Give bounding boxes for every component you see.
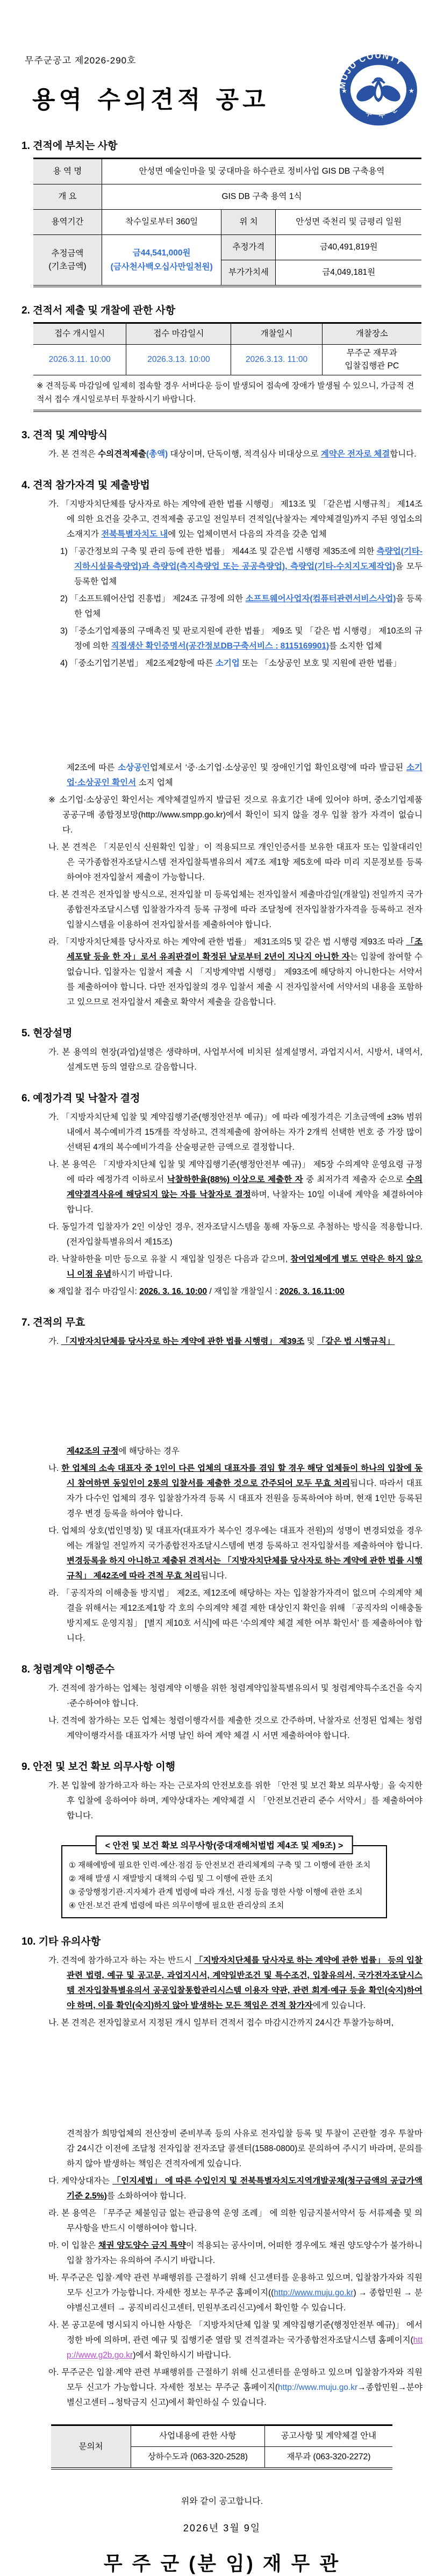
text-segment: 「지방자치단체를 당사자로 하는 계약에 관한 법률 시행령」 제39조 (61, 1337, 305, 1346)
clause-10-a: 아. 무주군은 입찰·계약 관련 부패행위를 근절하기 위해 신고센터를 운영하… (48, 2365, 422, 2410)
text-segment: 사. 본 공고문에 명시되지 아니한 사항은 「지방자치단체 입찰 및 계약집행… (48, 2321, 422, 2345)
text-segment: 1) 「공간정보의 구축 및 관리 등에 관한 법률」 제44조 및 같은법 시… (60, 547, 377, 556)
text-segment: 소기업 (216, 659, 240, 668)
text-segment: (총액) (146, 450, 168, 459)
document-root: { "header": { "notice_no": "무주군공고 제2026-… (0, 0, 444, 2576)
text-segment: 마. 이 입찰은 (48, 2241, 98, 2250)
service-name-value: 안성면 예술인마을 및 궁대마을 하수관로 정비사업 GIS DB 구축용역 (102, 159, 421, 184)
text-segment: ※ 재입찰 접수 마감일시: (48, 1287, 139, 1296)
service-name-label: 용 역 명 (33, 159, 102, 184)
clause-4-note: ※ 소기업·소상공인 확인서는 계약체결일까지 발급된 것으로 유효기간 내에 … (48, 793, 422, 838)
text-segment: 다. 동일가격 입찰자가 2인 이상인 경우, 전자조달시스템을 통해 자동으로… (48, 1222, 422, 1247)
opening-place-line1: 무주군 재무과 (327, 347, 417, 360)
page-break-3 (22, 2033, 422, 2124)
clause-8-na: 나. 견적에 참가하는 모든 업체는 청렴이행각서를 제출한 것으로 간주하며,… (48, 1713, 422, 1744)
clause-10-ma: 마. 이 입찰은 채권 양도양수 금지 특약이 적용되는 공사이며, 어떠한 경… (48, 2238, 422, 2268)
estimated-price-label: 추정가격 (221, 235, 276, 260)
clause-6-ga: 가. 「지방자치단체 입찰 및 계약집행기준(행정안전부 예규)」에 따라 예정… (48, 1110, 422, 1155)
contact-label: 문의처 (51, 2426, 131, 2467)
link[interactable]: http://www.muju.go.kr (278, 2383, 357, 2392)
clause-7-da: 다. 업체의 상호(법인명칭) 및 대표자(대표자가 복수인 경우에는 대표자 … (48, 1524, 422, 1584)
text-segment: 2) 「소프트웨어산업 진흥법」 제24조 규정에 의한 (60, 594, 246, 603)
clause-4-item4-part2: 제2조에 따른 소상공인업체로서 ‘중·소기업·소상공인 및 장애인기업 확인요… (67, 760, 422, 791)
text-segment: 4) 「중소기업기본법」 제2조제2항에 따른 (60, 659, 216, 668)
clause-10-ba: 바. 무주군은 입찰·계약 관련 부패행위를 근절하기 위해 신고센터를 운용하… (48, 2271, 422, 2316)
text-segment: 중 최저가격 제출자 순으로 (303, 1175, 406, 1184)
estimated-amount-label-line2: (기초금액) (38, 260, 97, 273)
text-segment: / 재입찰 개찰일시 : (207, 1287, 280, 1296)
clause-7-ga-part1: 가. 「지방자치단체를 당사자로 하는 계약에 관한 법률 시행령」 제39조 … (48, 1334, 422, 1349)
section-1-heading: 1. 견적에 부치는 사항 (22, 138, 422, 152)
section-7-heading: 7. 견적의 무효 (22, 1314, 422, 1329)
table-row: 문의처 사업내용에 관한 사항 공고사항 및 계약체결 안내 (51, 2426, 392, 2447)
estimated-amount-number: 금44,541,000원 (106, 246, 217, 260)
clause-6-da: 다. 동일가격 입찰자가 2인 이상인 경우, 전자조달시스템을 통해 자동으로… (48, 1220, 422, 1250)
text-segment: 합니다. (390, 450, 416, 459)
text-segment: 다. 본 견적은 전자입찰 방식으로, 전자입찰 미 등록업체는 전자입찰서 제… (48, 890, 422, 929)
clause-6-ra: 라. 낙찰하한율 미만 등으로 유찰 시 재입찰 일정은 다음과 같으며, 참여… (48, 1252, 422, 1282)
text-segment: 또는 「소상공인 보호 및 지원에 관한 법률」 (240, 659, 402, 668)
text-segment: 「같은 법 시행규칙」 (317, 1337, 395, 1346)
clause-6-na: 나. 본 용역은 「지방자치단체 입찰 및 계약집행기준(행정안전부 예규)」 … (48, 1157, 422, 1218)
seal-star-right-icon: ★ (409, 87, 414, 95)
text-segment: 에 해당하는 경우 (118, 1447, 179, 1456)
text-segment: 2026. 3. 16.11:00 (280, 1287, 345, 1296)
section-9-heading: 9. 안전 및 보건 확보 의무사항 이행 (22, 1759, 422, 1773)
page-break-2 (22, 1351, 422, 1442)
text-segment: 및 (304, 1337, 317, 1346)
overview-label: 개 요 (33, 184, 102, 210)
location-label: 위 치 (221, 210, 276, 235)
document-header: 무주군공고 제2026-290호 용역 수의견적 공고 MUJU COUNTY … (22, 0, 422, 129)
text-segment: 나. 본 견적은 전자입찰로서 지정된 개시 일부터 견적서 접수 마감시간까지… (48, 2018, 393, 2027)
announcement-document: 무주군공고 제2026-290호 용역 수의견적 공고 MUJU COUNTY … (0, 0, 444, 2576)
safety-box-item-4: ④ 안전·보건 관계 법령에 따른 의무이행에 필요한 관리상의 조치 (69, 1899, 379, 1913)
contact-col1-header: 사업내용에 관한 사항 (131, 2426, 265, 2447)
clause-4-item1: 1) 「공간정보의 구축 및 관리 등에 관한 법률」 제44조 및 같은법 시… (60, 544, 422, 589)
col-opening-time: 개찰일시 (231, 324, 322, 345)
safety-box-title: < 안전 및 보건 확보 의무사항(중대재해처벌법 제4조 및 제9조) > (96, 1835, 353, 1854)
text-segment: 소상공인 (118, 763, 150, 772)
location-value: 안성면 죽천리 및 금평리 일원 (276, 210, 421, 235)
clause-10-da: 다. 계약상대자는 「인지세법」 에 따른 수입인지 및 전북특별자치도지역개발… (48, 2174, 422, 2204)
text-segment: 전북특별자치도 내 (101, 530, 168, 539)
period-label: 용역기간 (33, 210, 102, 235)
estimated-amount-hangul: (금사천사백오십사만일천원) (106, 260, 217, 274)
table-row: 용 역 명 안성면 예술인마을 및 궁대마을 하수관로 정비사업 GIS DB … (33, 159, 421, 184)
safety-box-item-3: ③ 중앙행정기관·지자체가 관계 법령에 따라 개선, 시정 등을 명한 사항 … (69, 1886, 379, 1899)
overview-value: GIS DB 구축 용역 1식 (102, 184, 421, 210)
section-2-heading: 2. 견적서 제출 및 개찰에 관한 사항 (22, 302, 422, 317)
text-segment: 견적참가 희망업체의 전산장비 준비부족 등의 사유로 전자입찰 등록 및 투찰… (67, 2129, 422, 2168)
section-3-heading: 3. 견적 및 계약방식 (22, 427, 422, 442)
text-segment: ※ 소기업·소상공인 확인서는 계약체결일까지 발급된 것으로 유효기간 내에 … (48, 795, 422, 835)
text-segment: 나. (48, 1464, 61, 1473)
text-segment: 가. 본 입찰에 참가하고자 하는 자는 근로자의 안전보호를 위한 「안전 및… (48, 1781, 422, 1820)
table-row: 용역기간 착수일로부터 360일 위 치 안성면 죽천리 및 금평리 일원 (33, 210, 421, 235)
period-value: 착수일로부터 360일 (102, 210, 221, 235)
clause-8-ga: 가. 견적에 참가하는 업체는 청렴계약 이행을 위한 청렴계약입찰특별유의서 … (48, 1681, 422, 1711)
text-segment: 채권 양도양수 금지 특약 (98, 2241, 186, 2250)
vat-label: 부가가치세 (221, 260, 276, 286)
text-segment: 다. 계약상대자는 (48, 2176, 112, 2186)
muju-county-seal-icon: MUJU COUNTY ★ ★ 무 주 군 (338, 53, 419, 129)
opening-place-line2: 입찰집행관 PC (327, 360, 417, 373)
clause-10-na-part2: 견적참가 희망업체의 전산장비 준비부족 등의 사유로 전자입찰 등록 및 투찰… (67, 2126, 422, 2172)
text-segment: 라. 낙찰하한율 미만 등으로 유찰 시 재입찰 일정은 다음과 같으며, (48, 1255, 290, 1264)
text-segment: 수의견적제출 (98, 450, 146, 459)
notice-number: 무주군공고 제2026-290호 (25, 53, 269, 66)
section-6-heading: 6. 예정가격 및 낙찰자 결정 (22, 1090, 422, 1105)
service-info-table: 용 역 명 안성면 예술인마을 및 궁대마을 하수관로 정비사업 GIS DB … (33, 158, 421, 287)
table-header-row: 접수 개시일시 접수 마감일시 개찰일시 개찰장소 (33, 324, 421, 345)
page-title: 용역 수의견적 공고 (32, 80, 269, 115)
opening-place-value: 무주군 재무과 입찰집행관 PC (322, 345, 421, 375)
safety-obligation-box: < 안전 및 보건 확보 의무사항(중대재해처벌법 제4조 및 제9조) > ①… (61, 1845, 387, 1918)
estimated-price-value: 금40,491,819원 (276, 235, 421, 260)
text-segment: 제2조에 따른 (67, 763, 118, 772)
seal-star-left-icon: ★ (341, 87, 347, 95)
header-text-block: 무주군공고 제2026-290호 용역 수의견적 공고 (22, 53, 269, 115)
contact-col2-value: 재무과 (063-320-2272) (264, 2447, 392, 2468)
text-segment: 제42조의 규정 (67, 1447, 118, 1456)
clause-9-ga: 가. 본 입찰에 참가하고자 하는 자는 근로자의 안전보호를 위한 「안전 및… (48, 1778, 422, 1824)
section-4-heading: 4. 견적 참가자격 및 제출방법 (22, 477, 422, 492)
text-segment: 가. 견적에 참가하고자 하는 자는 반드시 (48, 1956, 195, 1965)
opening-time-value: 2026.3.13. 11:00 (231, 345, 322, 375)
text-segment: 가. 본 용역의 현장(과업)설명은 생략하며, 사업부서에 비치된 설계설명서… (48, 1048, 422, 1072)
text-segment: 직접생산 확인증명서(공간정보DB구축서비스 : 8115169901) (111, 642, 330, 651)
text-segment: 2026. 3. 16. 10:00 (139, 1287, 207, 1296)
text-segment: 대상이며, 단독이행, 적격심사 비대상으로 (168, 450, 321, 459)
clause-7-na: 나. 한 업체의 소속 대표자 중 1인이 다른 업체의 대표자를 겸임 할 경… (48, 1461, 422, 1521)
receipt-end-value: 2026.3.13. 10:00 (126, 345, 231, 375)
text-segment: 낙찰하한율(88%) 이상으로 제출한 자 (167, 1175, 303, 1184)
link[interactable]: http://www.muju.go.kr (274, 2288, 353, 2297)
text-segment: 다. 업체의 상호(법인명칭) 및 대표자(대표자가 복수인 경우에는 대표자 … (48, 1526, 422, 1550)
closing-statement: 위와 같이 공고합니다. (22, 2494, 422, 2507)
safety-box-item-1: ① 재해예방에 필요한 인력·예산·점검 등 안전보건 관리체계의 구축 및 그… (69, 1859, 379, 1873)
clause-5-ga: 가. 본 용역의 현장(과업)설명은 생략하며, 사업부서에 비치된 설계설명서… (48, 1045, 422, 1075)
text-segment: 나. 견적에 참가하는 모든 업체는 청렴이행각서를 제출한 것으로 간주하며,… (48, 1716, 422, 1740)
text-segment: 나. 본 견적은 「지문인식 신원확인 입찰」이 적용되므로 개인인증서를 보유… (48, 843, 422, 882)
clause-10-ga: 가. 견적에 참가하고자 하는 자는 반드시 「지방자치단체를 당사자로 하는 … (48, 1953, 422, 2013)
text-segment: 가. (48, 1337, 61, 1346)
text-segment: 변경등록을 하지 아니하고 제출된 견적서는 「지방자치단체를 당사자로 하는 … (67, 1556, 422, 1581)
section-8-heading: 8. 청렴계약 이행준수 (22, 1661, 422, 1676)
schedule-table: 접수 개시일시 접수 마감일시 개찰일시 개찰장소 2026.3.11. 10:… (33, 322, 421, 412)
contact-table: 문의처 사업내용에 관한 사항 공고사항 및 계약체결 안내 상하수도과 (06… (51, 2424, 392, 2470)
text-segment: 가. 「지방자치단체 입찰 및 계약집행기준(행정안전부 예규)」에 따라 예정… (48, 1113, 422, 1152)
safety-box-item-2: ② 재해 발생 시 재발방지 대책의 수립 및 그 이행에 관한 조치 (69, 1873, 379, 1886)
clause-4-item2: 2) 「소프트웨어산업 진흥법」 제24조 규정에 의한 소프트웨어사업자(컴퓨… (60, 592, 422, 622)
text-segment: 업체로서 ‘중·소기업·소상공인 및 장애인기업 확인요령’에 따라 발급된 (150, 763, 406, 772)
clause-7-ga-part2: 제42조의 규정에 해당하는 경우 (67, 1444, 422, 1459)
text-segment: 소지 업체 (136, 778, 173, 787)
clause-4-ga: 가. 「지방자치단체를 당사자로 하는 계약에 관한 법률 시행령」 제13조 … (48, 497, 422, 542)
table-row: 개 요 GIS DB 구축 용역 1식 (33, 184, 421, 210)
vat-value: 금4,049,181원 (276, 260, 421, 286)
estimated-amount-value: 금44,541,000원 (금사천사백오십사만일천원) (102, 235, 221, 286)
clause-4-na: 나. 본 견적은 「지문인식 신원확인 입찰」이 적용되므로 개인인증서를 보유… (48, 840, 422, 885)
section-5-heading: 5. 현장설명 (22, 1025, 422, 1040)
table-note-row: ※ 견적등록 마감일에 일제히 접속할 경우 서버다운 등이 발생되어 접속에 … (33, 375, 421, 410)
receipt-start-value: 2026.3.11. 10:00 (33, 345, 126, 375)
text-segment: 라. 「지방자치단체를 당사자로 하는 계약에 관한 법률」 제31조의5 및 … (48, 937, 406, 947)
clause-10-ra: 라. 본 용역은 「무주군 체불임금 없는 관급용역 운영 조례」 에 의한 임… (48, 2206, 422, 2236)
estimated-amount-label-line1: 추정금액 (38, 247, 97, 260)
clause-6-rebid-note: ※ 재입찰 접수 마감일시: 2026. 3. 16. 10:00 / 재입찰 … (48, 1284, 422, 1299)
clause-4-ra: 라. 「지방자치단체를 당사자로 하는 계약에 관한 법률」 제31조의5 및 … (48, 935, 422, 1010)
signature: 무 주 군 (분 임) 재 무 관 (22, 2549, 422, 2576)
text-segment: 에게 있습니다. (313, 2001, 366, 2010)
table-row: 2026.3.11. 10:00 2026.3.13. 10:00 2026.3… (33, 345, 421, 375)
clause-3-ga: 가. 본 견적은 수의견적제출(총액) 대상이며, 단독이행, 적격심사 비대상… (48, 447, 422, 462)
clause-10-sa: 사. 본 공고문에 명시되지 아니한 사항은 「지방자치단체 입찰 및 계약집행… (48, 2318, 422, 2363)
clause-7-ra: 라. 「공직자의 이해충돌 방지법」 제2조, 제12조에 해당하는 자는 입찰… (48, 1586, 422, 1646)
text-segment: 하시기 바랍니다. (111, 1270, 172, 1279)
contact-col2-header: 공고사항 및 계약체결 안내 (264, 2426, 392, 2447)
col-opening-place: 개찰장소 (322, 324, 421, 345)
page-break-1 (22, 673, 422, 758)
announcement-date: 2026년 3월 9일 (22, 2521, 422, 2535)
text-segment: 가. 견적에 참가하는 업체는 청렴계약 이행을 위한 청렴계약입찰특별유의서 … (48, 1684, 422, 1708)
link[interactable]: 계약은 전자로 체결 (321, 450, 390, 459)
clause-4-item3: 3) 「중소기업제품의 구매촉진 및 판로지원에 관한 법률」 제9조 및 「같… (60, 624, 422, 654)
text-segment: ※ 견적등록 마감일에 일제히 접속할 경우 서버다운 등이 발생되어 접속에 … (37, 381, 414, 404)
clause-10-na-part1: 나. 본 견적은 전자입찰로서 지정된 개시 일부터 견적서 접수 마감시간까지… (48, 2016, 422, 2031)
table-row: 추정금액 (기초금액) 금44,541,000원 (금사천사백오십사만일천원) … (33, 235, 421, 260)
text-segment: 라. 「공직자의 이해충돌 방지법」 제2조, 제12조에 해당하는 자는 입찰… (48, 1589, 422, 1643)
text-segment: )에서 확인하시기 바랍니다. (133, 2351, 231, 2360)
text-segment: 가. 본 견적은 (48, 450, 98, 459)
text-segment: 라. 본 용역은 「무주군 체불임금 없는 관급용역 운영 조례」 에 의한 임… (48, 2209, 422, 2233)
contact-col1-value: 상하수도과 (063-320-2528) (131, 2447, 265, 2468)
col-receipt-start: 접수 개시일시 (33, 324, 126, 345)
schedule-note: ※ 견적등록 마감일에 일제히 접속할 경우 서버다운 등이 발생되어 접속에 … (33, 375, 421, 410)
section-10-heading: 10. 기타 유의사항 (22, 1933, 422, 1948)
text-segment: 를 소지한 업체 (329, 642, 382, 651)
text-segment: 소프트웨어사업자(컴퓨터관련서비스사업) (246, 594, 396, 603)
text-segment: 에 있는 업체이면서 다음의 자격을 갖춘 업체 (168, 530, 326, 539)
col-receipt-end: 접수 마감일시 (126, 324, 231, 345)
clause-4-item4-part1: 4) 「중소기업기본법」 제2조제2항에 따른 소기업 또는 「소상공인 보호 … (60, 656, 422, 671)
text-segment: 됩니다. (200, 1571, 227, 1581)
estimated-amount-label: 추정금액 (기초금액) (33, 235, 102, 286)
text-segment: 를 소화하여야 합니다. (107, 2191, 187, 2201)
clause-4-da: 다. 본 견적은 전자입찰 방식으로, 전자입찰 미 등록업체는 전자입찰서 제… (48, 887, 422, 933)
